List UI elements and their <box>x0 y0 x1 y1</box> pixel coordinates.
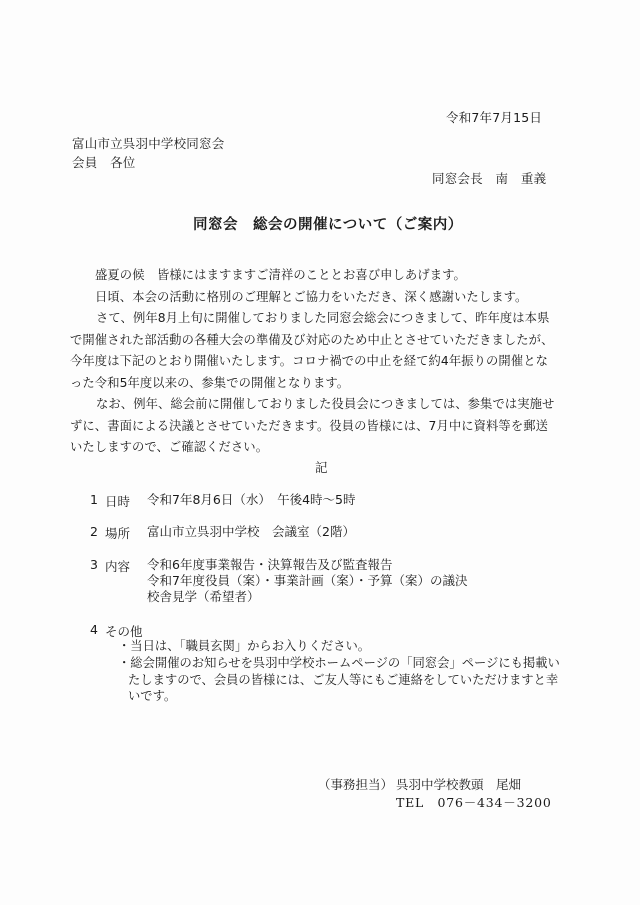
greeting-paragraph: 盛夏の候 皆様にはますますご清祥のこととお喜び申しあげます。 <box>82 265 552 287</box>
item-value-content-2: 令和7年度役員（案）・事業計画（案）・予算（案）の議決 <box>147 573 467 589</box>
item-number-2: 2 <box>90 524 98 539</box>
contact-person: 呉羽中学校教頭 尾畑 <box>396 775 521 793</box>
board-meeting-paragraph: なお、例年、総会前に開催しておりました役員会につきましては、参集では実施せずに、… <box>70 394 556 459</box>
item-number-4: 4 <box>90 622 98 637</box>
note-entrance: ・当日は、「職員玄関」からお入りください。 <box>118 638 558 655</box>
item-value-content-1: 令和6年度事業報告・決算報告及び監査報告 <box>147 557 392 573</box>
item-label-datetime: 日時 <box>105 492 130 510</box>
item-label-content: 内容 <box>105 557 130 575</box>
item-value-datetime: 令和7年8月6日（水） 午後4時～5時 <box>147 492 356 508</box>
ki-heading: 記 <box>315 460 328 476</box>
recipient: 会員 各位 <box>72 155 136 171</box>
item-number-3: 3 <box>90 557 98 572</box>
item-value-place: 富山市立呉羽中学校 会議室（2階） <box>147 524 355 540</box>
sender: 同窓会長 南 重義 <box>432 171 546 187</box>
item-label-place: 場所 <box>105 524 130 542</box>
contact-phone: TEL 076－434－3200 <box>396 793 552 811</box>
note-homepage: ・総会開催のお知らせを呉羽中学校ホームページの「同窓会」ページにも掲載いたします… <box>118 655 568 705</box>
thanks-paragraph: 日頃、本会の活動に格別のご理解とご協力をいただき、深く感謝いたします。 <box>82 287 552 309</box>
item-number-1: 1 <box>90 492 98 507</box>
item-value-content-3: 校舎見学（希望者） <box>147 589 260 605</box>
document-page: 令和7年7月15日 富山市立呉羽中学校同窓会 会員 各位 同窓会長 南 重義 同… <box>0 0 640 905</box>
document-title: 同窓会 総会の開催について（ご案内） <box>193 217 463 233</box>
document-date: 令和7年7月15日 <box>446 110 542 126</box>
contact-role: （事務担当） <box>318 775 393 793</box>
recipient-organization: 富山市立呉羽中学校同窓会 <box>72 136 224 152</box>
announcement-paragraph: さて、例年8月上旬に開催しておりました同窓会総会につきまして、昨年度は本県で開催… <box>70 308 556 394</box>
